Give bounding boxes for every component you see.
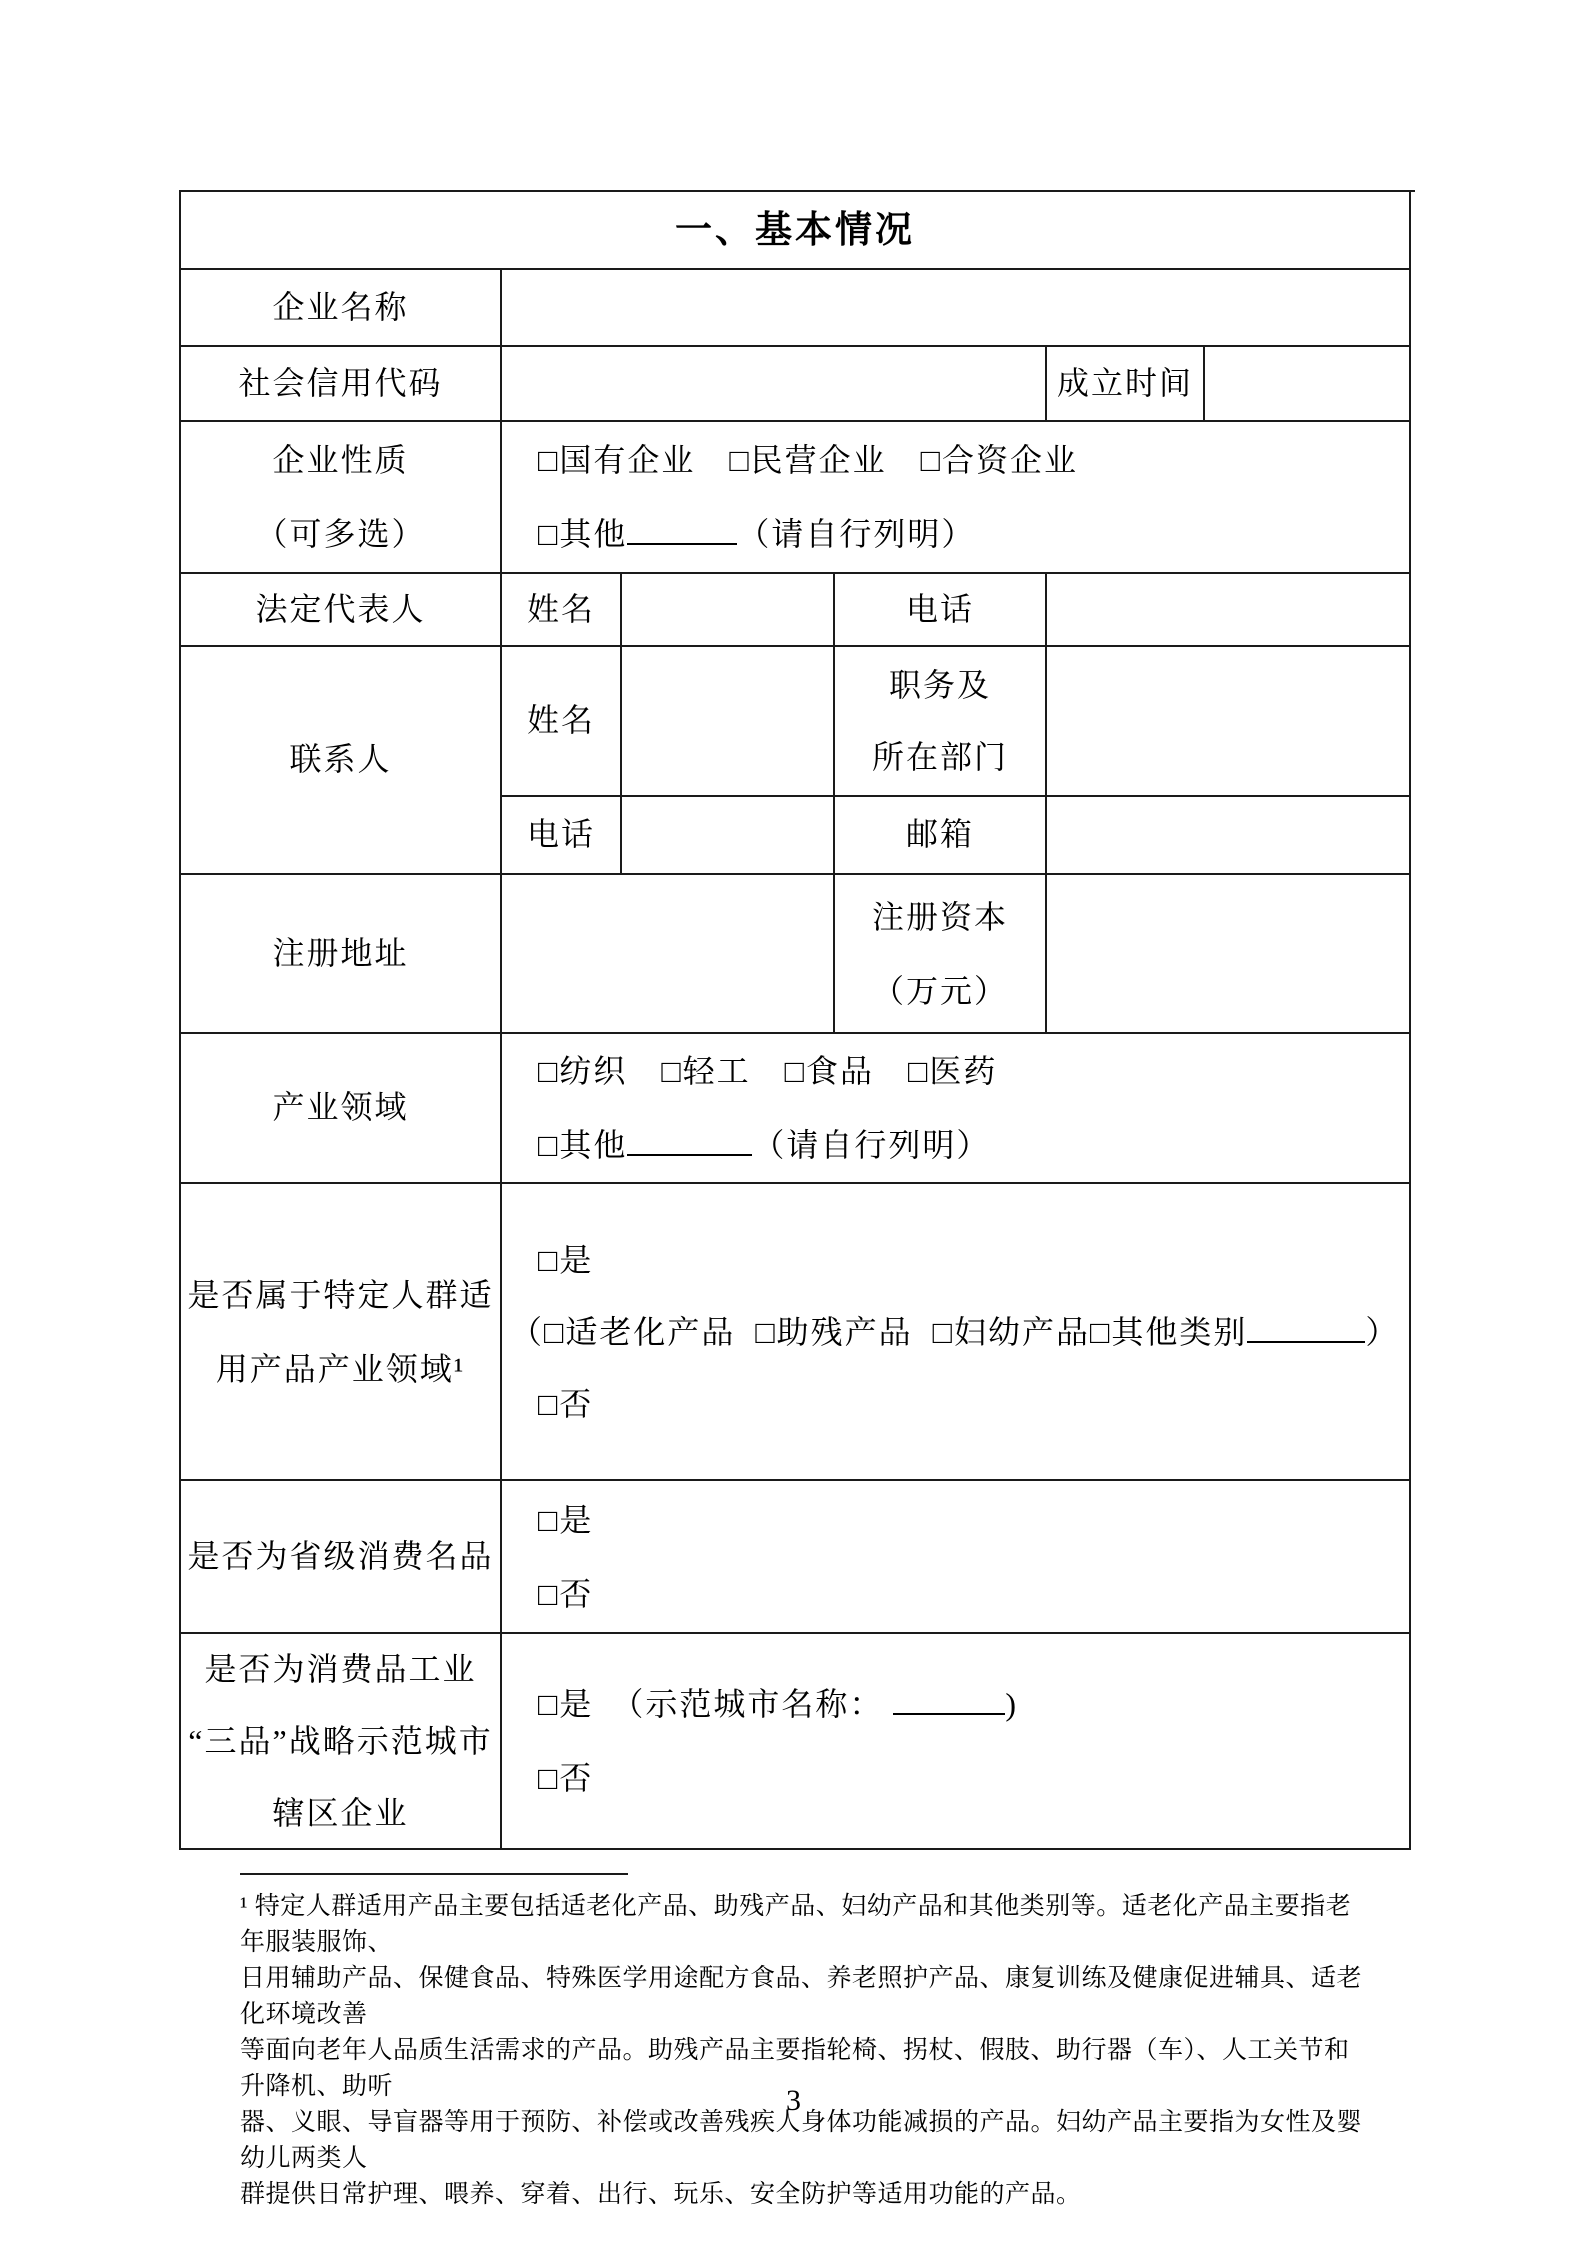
contact-phone-value-cell [622, 797, 835, 875]
sanpin-yes: □是 （示范城市名称： ) [538, 1667, 1018, 1741]
contact-name-value-cell [622, 647, 835, 797]
legal-rep-phone-value-cell [1047, 574, 1411, 647]
sanpin-label-line1: 是否为消费品工业 [204, 1633, 476, 1705]
company-name-label: 企业名称 [181, 270, 502, 347]
special-group-categories-text: （□适老化产品 □助残产品 □妇幼产品□其他类别 [510, 1314, 1247, 1350]
reg-capital-label: 注册资本 （万元） [835, 875, 1047, 1034]
document-page: 一、基本情况 企业名称 社会信用代码 成立时间 企业性质 （可多选） □国有企业… [0, 0, 1587, 2245]
page-number: 3 [0, 2084, 1587, 2118]
contact-email-label: 邮箱 [835, 797, 1047, 875]
industry-options-line1: □纺织 □轻工 □食品 □医药 [538, 1034, 997, 1108]
nature-other-label: □其他 [538, 516, 627, 552]
provincial-brand-options-cell: □是 □否 [502, 1481, 1411, 1634]
sanpin-label-line2: “三品”战略示范城市 [188, 1705, 492, 1777]
contact-title-dept-line1: 职务及 [889, 649, 991, 721]
nature-other-blank-line [627, 539, 737, 545]
reg-address-label: 注册地址 [181, 875, 502, 1034]
reg-capital-line1: 注册资本 [872, 880, 1008, 954]
special-group-label: 是否属于特定人群适 用产品产业领域¹ [181, 1184, 502, 1481]
reg-address-value-cell [502, 875, 835, 1034]
industry-other-hint: （请自行列明） [752, 1127, 990, 1163]
contact-title-dept-value-cell [1047, 647, 1411, 797]
nature-label-line1: 企业性质 [272, 423, 408, 497]
sanpin-no: □否 [538, 1741, 593, 1815]
sanpin-yes-text: □是 （示范城市名称： [538, 1686, 893, 1722]
footnote-line: 群提供日常护理、喂养、穿着、出行、玩乐、安全防护等适用功能的产品。 [240, 2177, 1365, 2213]
special-group-no: □否 [538, 1368, 593, 1440]
special-group-label-line1: 是否属于特定人群适 [187, 1258, 493, 1332]
section-title: 一、基本情况 [181, 192, 1411, 270]
footnote-line: 日用辅助产品、保健食品、特殊医学用途配方食品、养老照护产品、康复训练及健康促进辅… [240, 1961, 1365, 2033]
reg-capital-value-cell [1047, 875, 1411, 1034]
contact-title-dept-line2: 所在部门 [872, 721, 1008, 793]
sanpin-label: 是否为消费品工业 “三品”战略示范城市 辖区企业 [181, 1634, 502, 1850]
establish-time-value-cell [1205, 347, 1411, 422]
contact-title-dept-label: 职务及 所在部门 [835, 647, 1047, 797]
provincial-brand-no: □否 [538, 1557, 593, 1631]
special-group-categories: （□适老化产品 □助残产品 □妇幼产品□其他类别） [510, 1296, 1399, 1368]
sanpin-yes-close: ) [1005, 1686, 1018, 1722]
nature-label-line2: （可多选） [255, 497, 425, 571]
industry-options-line2: □其他（请自行列明） [538, 1108, 990, 1182]
special-group-options-cell: □是 （□适老化产品 □助残产品 □妇幼产品□其他类别） □否 [502, 1184, 1411, 1481]
basic-info-table: 一、基本情况 企业名称 社会信用代码 成立时间 企业性质 （可多选） □国有企业… [179, 190, 1415, 1850]
legal-rep-name-label: 姓名 [502, 574, 622, 647]
special-group-label-line2: 用产品产业领域¹ [216, 1332, 466, 1406]
company-name-value-cell [502, 270, 1411, 347]
industry-options-cell: □纺织 □轻工 □食品 □医药 □其他（请自行列明） [502, 1034, 1411, 1184]
sanpin-label-line3: 辖区企业 [272, 1777, 408, 1849]
contact-phone-label: 电话 [502, 797, 622, 875]
legal-rep-label: 法定代表人 [181, 574, 502, 647]
nature-options-line2: □其他（请自行列明） [538, 497, 975, 571]
special-group-categories-close: ） [1365, 1314, 1399, 1350]
provincial-brand-yes: □是 [538, 1483, 593, 1557]
nature-options-line1: □国有企业 □民营企业 □合资企业 [538, 423, 1078, 497]
reg-capital-line2: （万元） [872, 954, 1008, 1028]
industry-label: 产业领域 [181, 1034, 502, 1184]
special-group-other-blank-line [1247, 1337, 1365, 1343]
footnote-separator [240, 1873, 628, 1875]
nature-other-hint: （请自行列明） [737, 516, 975, 552]
sanpin-options-cell: □是 （示范城市名称： ) □否 [502, 1634, 1411, 1850]
nature-label: 企业性质 （可多选） [181, 422, 502, 574]
nature-options-cell: □国有企业 □民营企业 □合资企业 □其他（请自行列明） [502, 422, 1411, 574]
credit-code-value-cell [502, 347, 1047, 422]
credit-code-label: 社会信用代码 [181, 347, 502, 422]
special-group-yes: □是 [538, 1224, 593, 1296]
contact-email-value-cell [1047, 797, 1411, 875]
provincial-brand-label: 是否为省级消费名品 [181, 1481, 502, 1634]
legal-rep-name-value-cell [622, 574, 835, 647]
industry-other-blank-line [627, 1150, 752, 1156]
establish-time-label: 成立时间 [1047, 347, 1205, 422]
contact-label: 联系人 [181, 647, 502, 875]
industry-other-label: □其他 [538, 1127, 627, 1163]
contact-name-label: 姓名 [502, 647, 622, 797]
footnote-line: ¹ 特定人群适用产品主要包括适老化产品、助残产品、妇幼产品和其他类别等。适老化产… [240, 1889, 1365, 1961]
footnote: ¹ 特定人群适用产品主要包括适老化产品、助残产品、妇幼产品和其他类别等。适老化产… [240, 1889, 1365, 2213]
legal-rep-phone-label: 电话 [835, 574, 1047, 647]
sanpin-city-blank-line [893, 1709, 1005, 1715]
